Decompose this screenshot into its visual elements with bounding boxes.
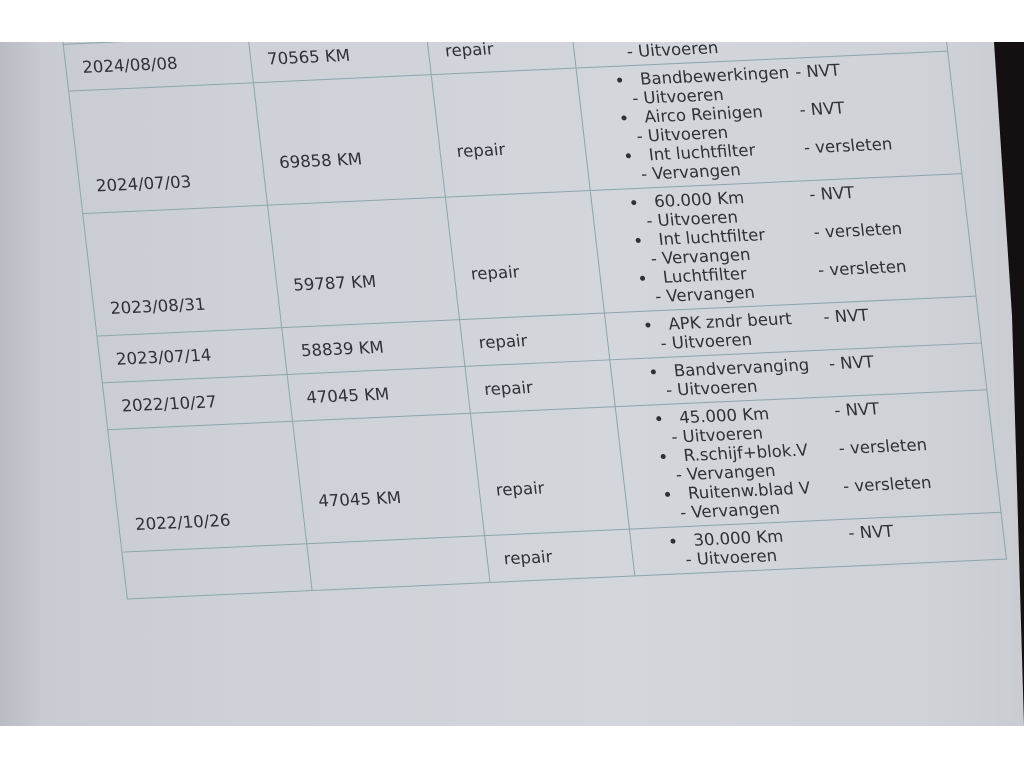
item-condition: - NVT bbox=[822, 306, 869, 327]
mileage-cell bbox=[307, 536, 490, 591]
item-condition: - NVT bbox=[833, 399, 880, 420]
screen-photo: 2019/09/20 0 KM damage 2024/08/08 70565 … bbox=[0, 42, 1024, 726]
date-cell: 2023/08/31 bbox=[83, 205, 282, 336]
item-condition: - NVT bbox=[808, 183, 855, 204]
mileage-cell: 47045 KM bbox=[293, 413, 485, 544]
item-condition: - versleten bbox=[838, 435, 928, 458]
list-item: 30.000 Km - NVT - Uitvoeren bbox=[686, 517, 995, 569]
type-cell: repair bbox=[470, 407, 629, 536]
date-cell: 2022/10/26 bbox=[108, 421, 307, 552]
item-condition: - NVT bbox=[794, 61, 841, 82]
type-cell: repair bbox=[485, 529, 635, 582]
item-condition: - versleten bbox=[842, 473, 932, 496]
type-cell: repair bbox=[445, 191, 604, 320]
mileage-cell: 58839 KM bbox=[282, 320, 465, 375]
work-items-list: Bandbewerkingen - NVT - Uitvoeren Airco … bbox=[593, 56, 951, 185]
date-cell: 2023/07/14 bbox=[97, 328, 287, 383]
work-items-cell: 45.000 Km - NVT - Uitvoeren R.schijf+blo… bbox=[615, 390, 1001, 529]
item-condition: - NVT bbox=[828, 352, 875, 373]
mileage-cell: 59787 KM bbox=[268, 197, 460, 328]
work-items-list: 45.000 Km - NVT - Uitvoeren R.schijf+blo… bbox=[632, 395, 990, 524]
maintenance-history-table: 2019/09/20 0 KM damage 2024/08/08 70565 … bbox=[58, 42, 1007, 599]
mileage-cell: 69858 KM bbox=[253, 75, 445, 206]
date-cell bbox=[122, 544, 312, 599]
work-items-list: 60.000 Km - NVT - Uitvoeren Int luchtfil… bbox=[607, 179, 965, 308]
date-cell: 2022/10/27 bbox=[102, 374, 292, 429]
maintenance-history-view: 2019/09/20 0 KM damage 2024/08/08 70565 … bbox=[58, 42, 1024, 599]
item-condition: - versleten bbox=[813, 219, 903, 242]
type-cell: repair bbox=[431, 68, 590, 197]
item-condition: - versleten bbox=[817, 257, 907, 280]
mileage-cell: 47045 KM bbox=[287, 366, 470, 421]
item-condition: - NVT bbox=[798, 98, 845, 119]
work-items-cell: 60.000 Km - NVT - Uitvoeren Int luchtfil… bbox=[590, 174, 976, 313]
date-cell: 2024/07/03 bbox=[69, 83, 268, 214]
type-cell: repair bbox=[460, 313, 610, 366]
item-condition: - NVT bbox=[847, 522, 894, 543]
page-margin bbox=[0, 42, 40, 726]
work-items-list: 30.000 Km - NVT - Uitvoeren bbox=[646, 517, 995, 570]
item-condition: - versleten bbox=[803, 134, 893, 157]
work-items-cell: Bandbewerkingen - NVT - Uitvoeren Airco … bbox=[576, 51, 962, 190]
type-cell: repair bbox=[465, 360, 615, 413]
